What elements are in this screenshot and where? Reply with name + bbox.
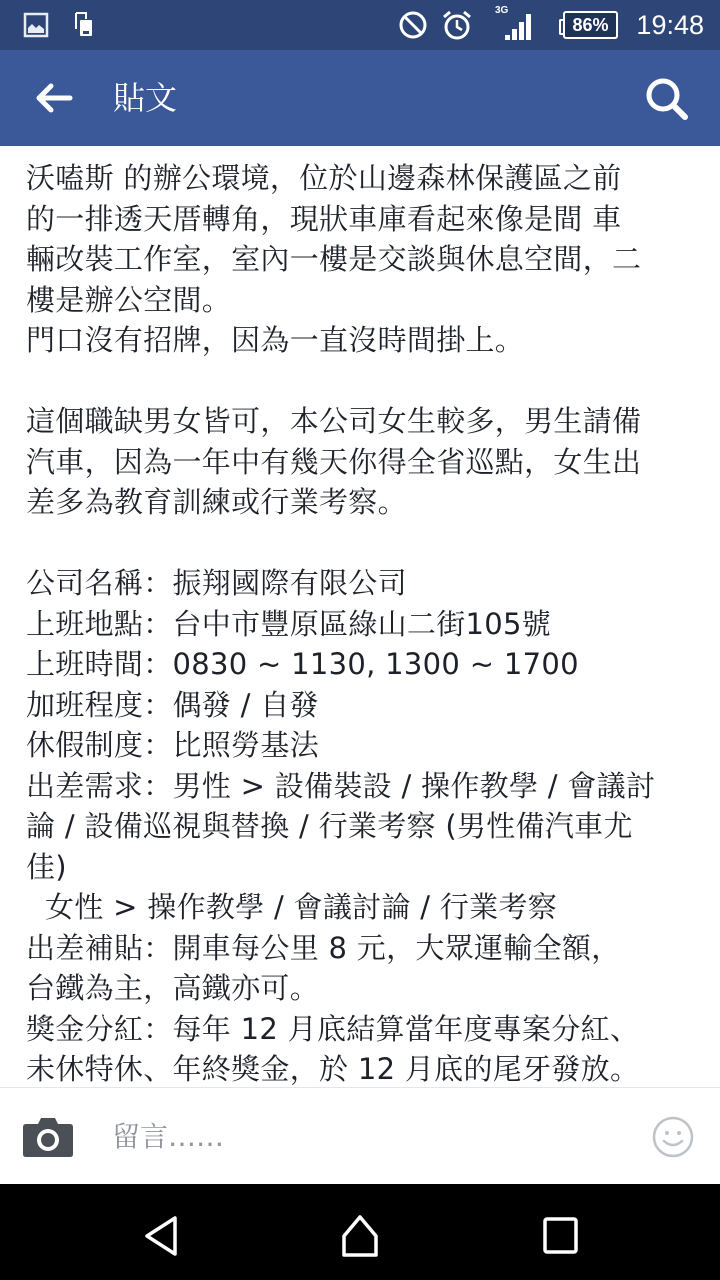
business-trip-female-line: 女性 > 操作教學 / 會議討論 / 行業考察	[26, 887, 694, 928]
overtime-line: 加班程度：偶發 / 自發	[26, 685, 694, 726]
post-line: 樓是辦公空間。	[26, 280, 694, 321]
business-trip-line: 論 / 設備巡視與替換 / 行業考察 (男性備汽車尤	[26, 806, 694, 847]
smiley-icon	[652, 1116, 694, 1158]
camera-button[interactable]	[22, 1116, 74, 1158]
back-button[interactable]	[30, 78, 78, 118]
nav-recents-button[interactable]	[540, 1214, 584, 1258]
status-time: 19:48	[636, 0, 704, 50]
post-line: 沃嗑斯 的辦公環境，位於山邊森林保護區之前	[26, 158, 694, 199]
post-line: 汽車，因為一年中有幾天你得全省巡點，女生出	[26, 442, 694, 483]
arrow-left-icon	[30, 78, 78, 118]
back-triangle-icon	[140, 1214, 184, 1258]
post-content: 沃嗑斯 的辦公環境，位於山邊森林保護區之前 的一排透天厝轉角，現狀車庫看起來像是…	[0, 146, 720, 1087]
home-icon	[338, 1214, 382, 1258]
bonus-line: 獎金分紅：每年 12 月底結算當年度專案分紅、	[26, 1009, 694, 1050]
leave-policy-line: 休假制度：比照勞基法	[26, 725, 694, 766]
comment-input[interactable]	[112, 1110, 632, 1162]
search-button[interactable]	[644, 76, 690, 122]
camera-icon	[22, 1116, 74, 1158]
company-name-line: 公司名稱：振翔國際有限公司	[26, 563, 694, 604]
travel-allowance-line: 台鐵為主，高鐵亦可。	[26, 968, 694, 1009]
search-icon	[644, 76, 690, 122]
post-line: 這個職缺男女皆可，本公司女生較多，男生請備	[26, 401, 694, 442]
alarm-icon	[441, 0, 473, 50]
work-location-line: 上班地點：台中市豐原區綠山二街105號	[26, 604, 694, 645]
work-hours-line: 上班時間：0830 ~ 1130, 1300 ~ 1700	[26, 644, 694, 685]
business-trip-line: 出差需求：男性 > 設備裝設 / 操作教學 / 會議討	[26, 766, 694, 807]
page-title: 貼文	[113, 50, 177, 146]
status-bar: 3G 86% 19:48	[0, 0, 720, 50]
business-trip-line: 佳)	[26, 847, 694, 888]
system-nav-bar	[0, 1184, 720, 1280]
post-line: 的一排透天厝轉角，現狀車庫看起來像是間 車	[26, 199, 694, 240]
sim-card-notification-icon	[74, 0, 94, 50]
emoji-button[interactable]	[652, 1116, 694, 1158]
nav-home-button[interactable]	[338, 1214, 382, 1258]
travel-allowance-line: 出差補貼：開車每公里 8 元，大眾運輸全額，	[26, 928, 694, 969]
signal-icon	[503, 0, 535, 50]
post-line: 門口沒有招牌，因為一直沒時間掛上。	[26, 320, 694, 361]
recents-square-icon	[540, 1214, 584, 1258]
post-line-blank	[26, 361, 694, 402]
app-header: 貼文	[0, 50, 720, 146]
bonus-line: 未休特休、年終獎金，於 12 月底的尾牙發放。	[26, 1049, 694, 1087]
nav-back-button[interactable]	[140, 1214, 184, 1258]
post-line: 差多為教育訓練或行業考察。	[26, 482, 694, 523]
image-notification-icon	[23, 0, 49, 50]
comment-bar	[0, 1087, 720, 1184]
battery-indicator: 86%	[563, 11, 618, 39]
do-not-disturb-icon	[398, 0, 428, 50]
post-line-blank	[26, 523, 694, 564]
post-line: 輛改裝工作室，室內一樓是交談與休息空間，二	[26, 239, 694, 280]
